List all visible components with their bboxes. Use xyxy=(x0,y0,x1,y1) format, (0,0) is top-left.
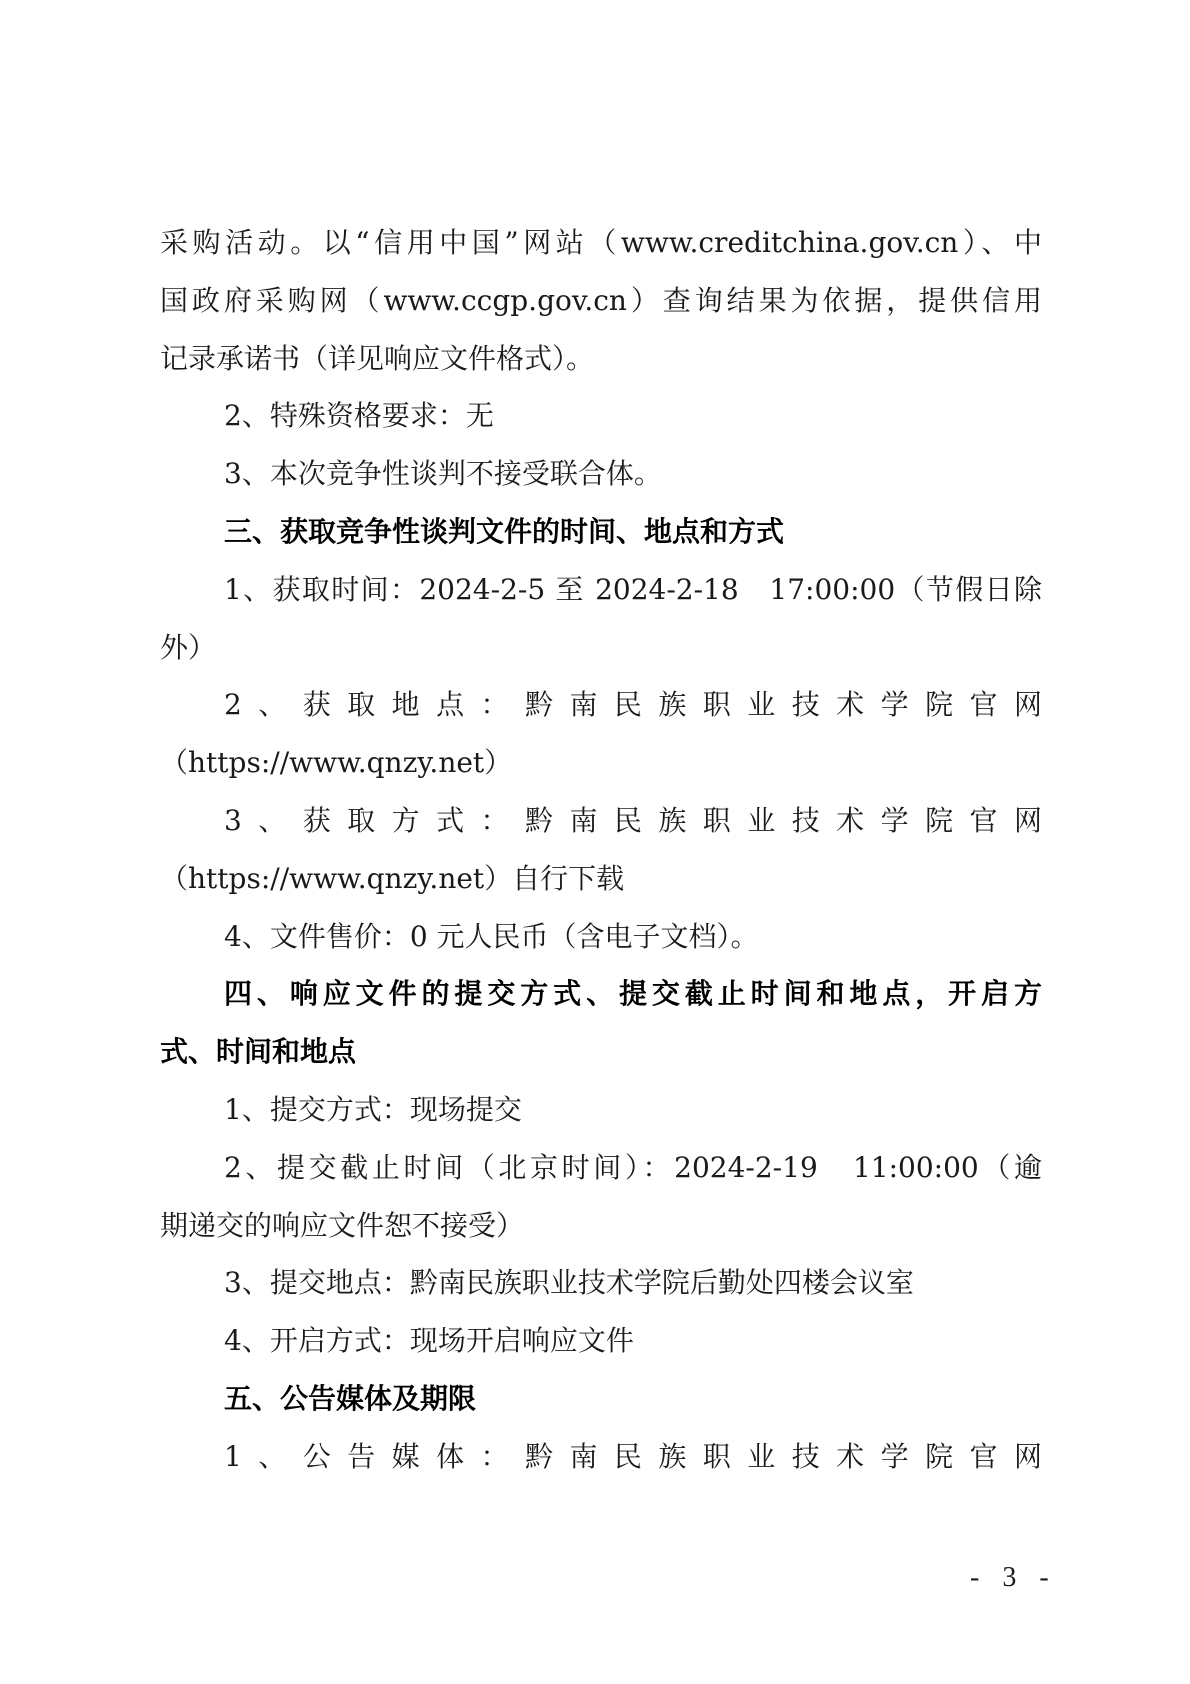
section-heading-4-cont: 式、时间和地点 xyxy=(160,1023,1042,1081)
list-item-opening-method: 4、开启方式：现场开启响应文件 xyxy=(160,1312,1042,1370)
list-item-special-qualification: 2、特殊资格要求：无 xyxy=(160,387,1042,445)
paragraph-line: 采购活动。以“信用中国”网站（www.creditchina.gov.cn）、中 xyxy=(160,214,1042,272)
paragraph-line: 期递交的响应文件恕不接受） xyxy=(160,1197,1042,1255)
paragraph-line: 记录承诺书（详见响应文件格式）。 xyxy=(160,330,1042,388)
page-number: - 3 - xyxy=(970,1562,1057,1594)
list-item-document-price: 4、文件售价：0 元人民币（含电子文档）。 xyxy=(160,908,1042,966)
paragraph-line: 外） xyxy=(160,619,1042,677)
list-item-no-consortium: 3、本次竞争性谈判不接受联合体。 xyxy=(160,445,1042,503)
paragraph-line-url: （https://www.qnzy.net）自行下载 xyxy=(160,850,1042,908)
list-item-announcement-media: 1、公告媒体：黔南民族职业技术学院官网 xyxy=(160,1428,1042,1486)
list-item-obtain-method: 3、获取方式：黔南民族职业技术学院官网 xyxy=(160,792,1042,850)
list-item-submit-deadline: 2、提交截止时间（北京时间）：2024-2-19 11:00:00（逾 xyxy=(160,1139,1042,1197)
paragraph-line: 国政府采购网（www.ccgp.gov.cn）查询结果为依据，提供信用 xyxy=(160,272,1042,330)
document-page: 采购活动。以“信用中国”网站（www.creditchina.gov.cn）、中… xyxy=(0,0,1190,1684)
section-heading-3: 三、获取竞争性谈判文件的时间、地点和方式 xyxy=(160,503,1042,561)
paragraph-line-url: （https://www.qnzy.net） xyxy=(160,734,1042,792)
list-item-obtain-location: 2、获取地点：黔南民族职业技术学院官网 xyxy=(160,676,1042,734)
section-heading-5: 五、公告媒体及期限 xyxy=(160,1370,1042,1428)
list-item-submit-location: 3、提交地点：黔南民族职业技术学院后勤处四楼会议室 xyxy=(160,1254,1042,1312)
list-item-obtain-time: 1、获取时间：2024-2-5 至 2024-2-18 17:00:00（节假日… xyxy=(160,561,1042,619)
document-body: 采购活动。以“信用中国”网站（www.creditchina.gov.cn）、中… xyxy=(160,214,1042,1486)
list-item-submit-method: 1、提交方式：现场提交 xyxy=(160,1081,1042,1139)
section-heading-4: 四、响应文件的提交方式、提交截止时间和地点，开启方 xyxy=(160,965,1042,1023)
